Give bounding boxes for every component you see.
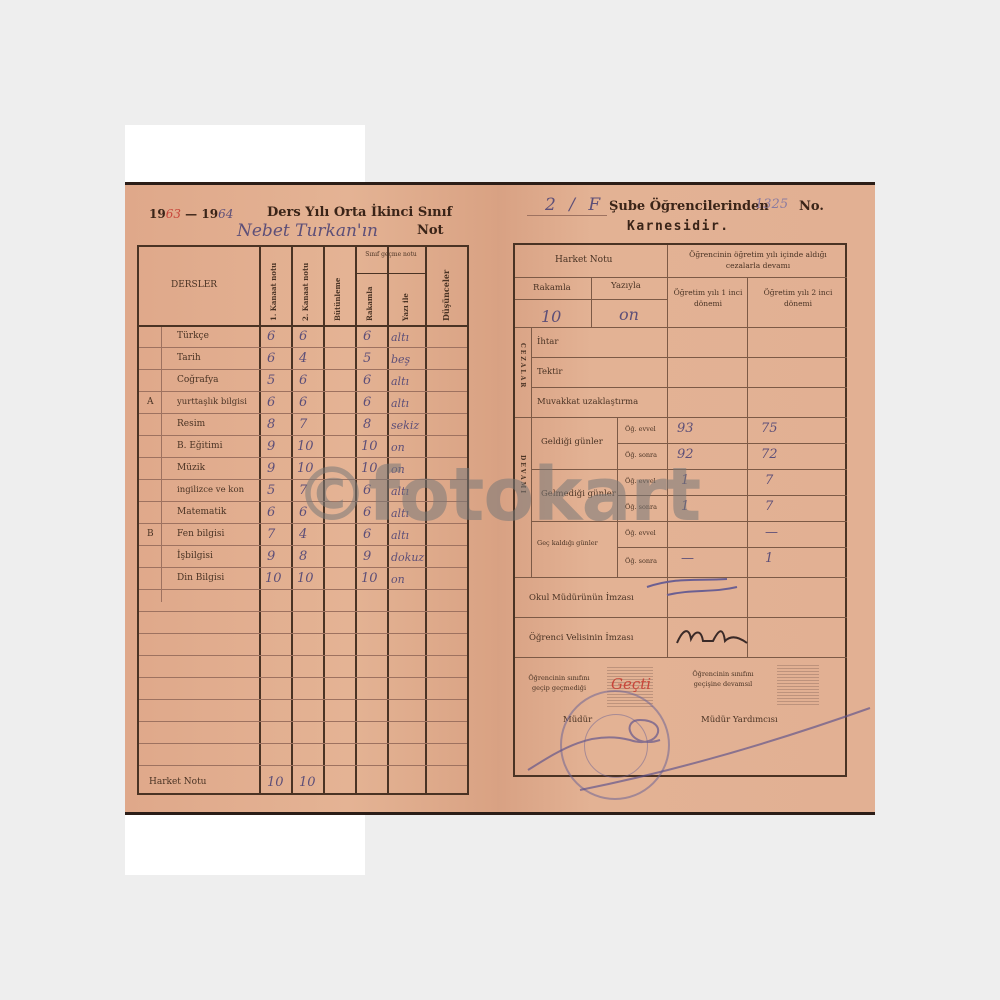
penalty-reprimand: Tektir xyxy=(537,367,562,377)
conduct-written-label: Yazıyla xyxy=(611,281,641,291)
header-pass-grade: Sınıf geçme notu xyxy=(361,250,421,259)
group-a-label: A xyxy=(147,397,154,407)
subtitle: Karnesidir. xyxy=(627,219,730,234)
header-first-term: 1. Kanaat notu xyxy=(269,255,278,321)
footer-conduct-label: Harket Notu xyxy=(149,777,206,787)
conduct-title: Harket Notu xyxy=(555,255,612,265)
white-backing-bottom xyxy=(125,815,365,875)
penalty-suspension: Muvakkat uzaklaştırma xyxy=(537,397,638,407)
conduct-numeric-value: 10 xyxy=(541,307,561,326)
header-makeup: Bütünleme xyxy=(333,267,342,321)
branch-label: Şube Öğrencilerinden xyxy=(609,199,769,214)
header-second-term: 2. Kanaat notu xyxy=(301,255,310,321)
branch-handwritten: 2 / F xyxy=(545,195,604,215)
footer-conduct-k1: 10 xyxy=(267,775,284,790)
title-suffix: Not xyxy=(417,223,444,238)
penalty-warning: İhtar xyxy=(537,337,558,347)
conduct-written-value: on xyxy=(619,305,639,324)
white-backing-top xyxy=(125,125,365,183)
header-pass-numeric: Rakamla xyxy=(365,279,374,321)
term2-header: Öğretim yılı 2 inci dönemi xyxy=(751,287,845,309)
header-pass-written: Yazı ile xyxy=(401,283,410,321)
director-signature xyxy=(520,690,880,800)
repeat-label: Öğrencinin sınıfını geçişine devamsıl xyxy=(685,669,761,689)
footer-conduct-k2: 10 xyxy=(299,775,316,790)
penalties-group-label: CEZALAR xyxy=(519,343,526,389)
principal-signature xyxy=(637,575,747,611)
header-remarks: Düşünceler xyxy=(441,253,451,321)
term1-header: Öğretim yılı 1 inci dönemi xyxy=(671,287,745,309)
watermark: ©fotokart xyxy=(295,458,700,532)
school-year: 1963 — 1964 xyxy=(149,207,233,221)
page-title: Ders Yılı Orta İkinci Sınıf xyxy=(267,205,452,220)
parent-signature xyxy=(673,621,753,653)
attendance-header: Öğrencinin öğretim yılı içinde aldığı ce… xyxy=(671,249,845,271)
number-label: No. xyxy=(799,199,824,214)
student-name-handwritten: Nebet Turkan'ın xyxy=(237,221,378,241)
student-number-handwritten: 1325 xyxy=(755,197,788,212)
principal-signature-label: Okul Müdürünün İmzası xyxy=(529,593,634,603)
header-subjects: DERSLER xyxy=(171,280,217,290)
parent-signature-label: Öğrenci Velisinin İmzası xyxy=(529,633,633,643)
group-b-label: B xyxy=(147,529,154,539)
conduct-numeric-label: Rakamla xyxy=(533,283,571,293)
